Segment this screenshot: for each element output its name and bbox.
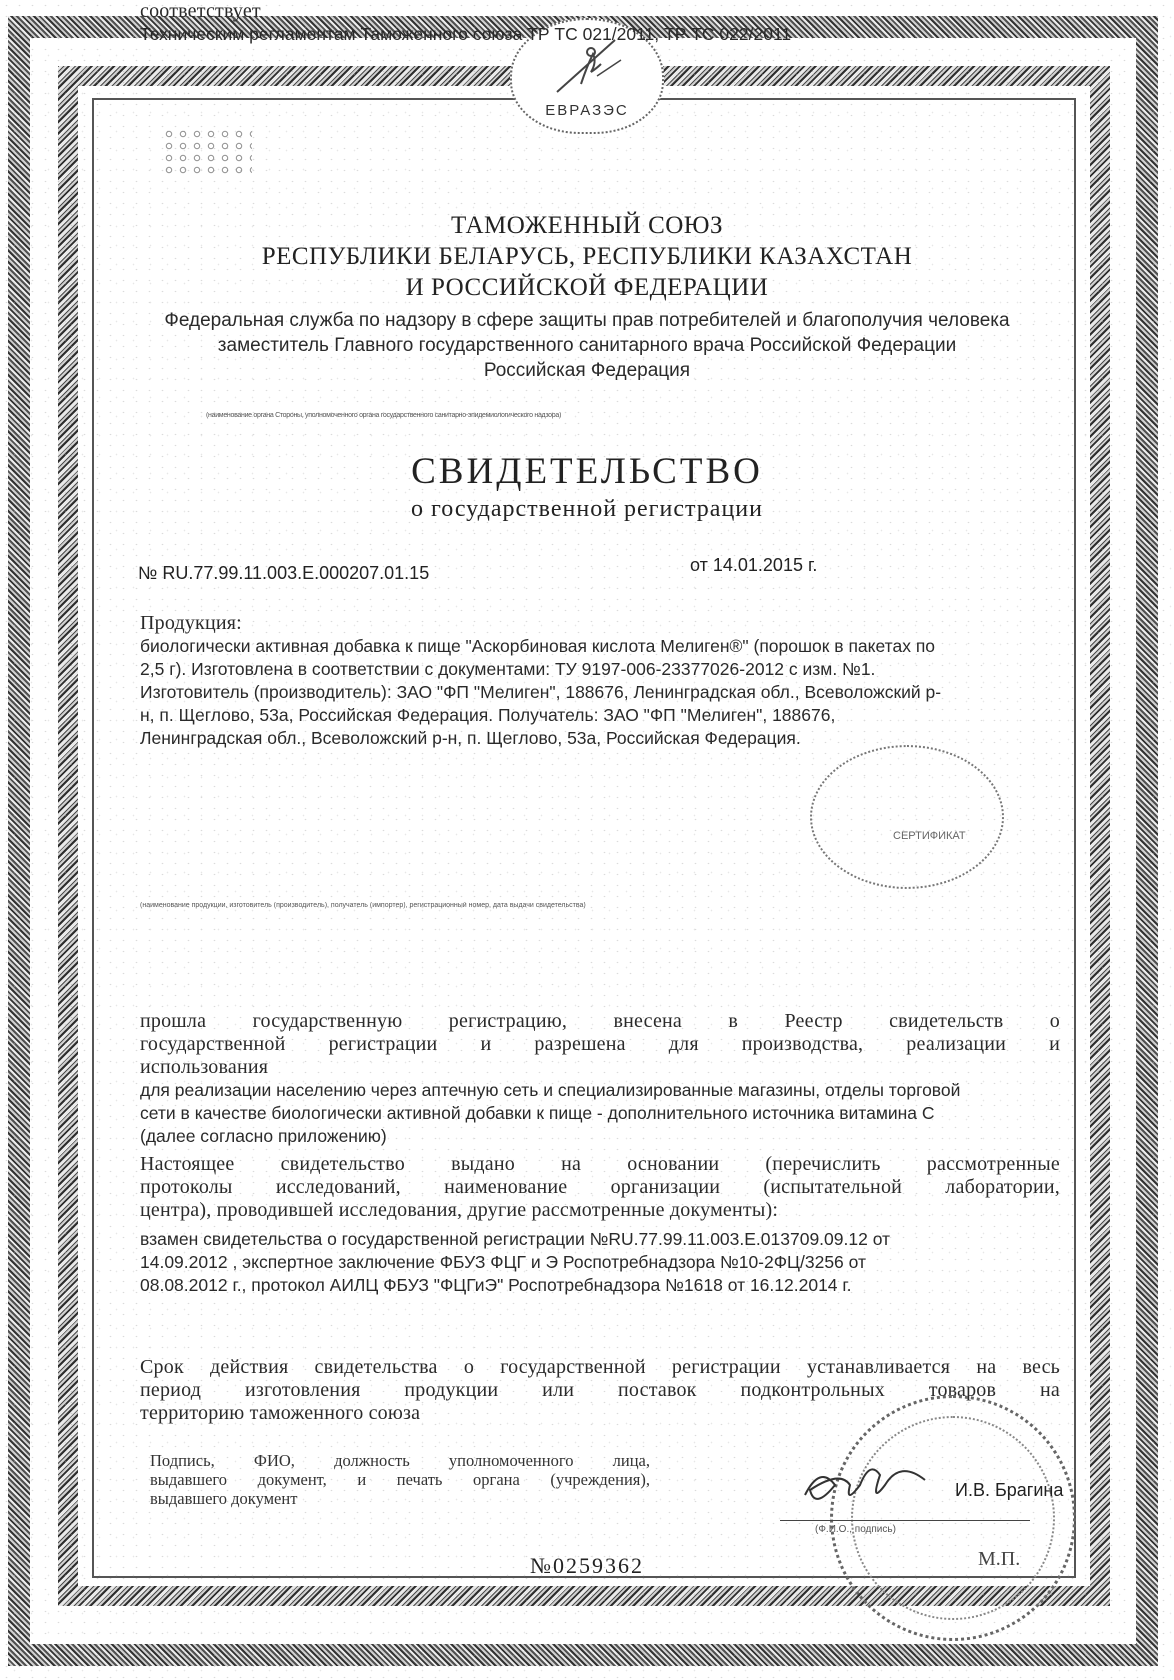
signature-caption: Подпись, ФИО, должность уполномоченного … [150,1451,650,1508]
basis-serif-line: протоколы исследований, наименование орг… [140,1176,1060,1199]
handwritten-signature-icon [800,1455,950,1515]
number-value: RU.77.99.11.003.Е.000207.01.15 [162,563,429,583]
agency-fine-print: (наименование органа Стороны, уполномоче… [206,412,966,419]
stamp-text: СЕРТИФИКАТ [893,830,966,842]
caption-line: выдавшего документ, и печать органа (учр… [150,1470,650,1489]
validity-line: Срок действия свидетельства о государств… [140,1356,1060,1379]
form-serial-number: №0259362 [0,1553,1174,1579]
product-line: н, п. Щеглово, 53а, Российская Федерация… [140,704,1060,727]
basis-line: 08.08.2012 г., протокол АИЛЦ ФБУЗ "ФЦГиЭ… [140,1274,1060,1297]
document-subtitle: о государственной регистрации [0,496,1174,523]
official-seal [830,1395,1076,1641]
basis-serif-line: центра), проводившей исследования, други… [140,1199,1060,1222]
product-line: 2,5 г). Изготовлена в соответствии с док… [140,658,1060,681]
agency-line: заместитель Главного государственного са… [0,333,1174,358]
heading-line: И РОССИЙСКОЙ ФЕДЕРАЦИИ [0,272,1174,303]
agency-line: Российская Федерация [0,358,1174,383]
emblem-label: ЕВРАЗЭС [512,102,662,119]
registration-serif-line: использования [140,1056,1060,1079]
customs-union-heading: ТАМОЖЕННЫЙ СОЮЗ РЕСПУБЛИКИ БЕЛАРУСЬ, РЕС… [0,210,1174,303]
caption-line: выдавшего документ [150,1489,650,1508]
product-heading: Продукция: [140,612,1060,635]
conformity-heading: соответствует [140,0,1060,23]
guilloche-dots [162,128,252,178]
conformity-text: Техническим регламентам Таможенного союз… [140,23,1060,46]
agency-line: Федеральная служба по надзору в сфере за… [0,308,1174,333]
signature-fio-label: (Ф.И.О., подпись) [815,1524,896,1535]
basis-line: взамен свидетельства о государственной р… [140,1228,1060,1251]
product-line: биологически активная добавка к пище "Ас… [140,635,1060,658]
conformity-section: соответствует Техническим регламентам Та… [140,0,1060,46]
registration-section: прошла государственную регистрацию, внес… [140,1010,1060,1148]
product-section: Продукция: биологически активная добавка… [140,612,1060,750]
signatory-name: И.В. Брагина [955,1480,1063,1501]
product-fine-print: (наименование продукции, изготовитель (п… [140,902,1060,909]
issuing-agency: Федеральная служба по надзору в сфере за… [0,308,1174,383]
registration-serif-line: государственной регистрации и разрешена … [140,1033,1060,1056]
basis-line: 14.09.2012 , экспертное заключение ФБУЗ … [140,1251,1060,1274]
date-label: от [690,555,708,575]
registration-serif-line: прошла государственную регистрацию, внес… [140,1010,1060,1033]
registration-date: от 14.01.2015 г. [690,555,817,576]
basis-serif-line: Настоящее свидетельство выдано на основа… [140,1153,1060,1176]
signature-line [780,1520,1030,1521]
registration-line: для реализации населению через аптечную … [140,1079,1060,1102]
heading-line: РЕСПУБЛИКИ БЕЛАРУСЬ, РЕСПУБЛИКИ КАЗАХСТА… [0,241,1174,272]
certification-stamp [810,745,1004,889]
product-line: Изготовитель (производитель): ЗАО "ФП "М… [140,681,1060,704]
caption-line: Подпись, ФИО, должность уполномоченного … [150,1451,650,1470]
date-value: 14.01.2015 г. [713,555,817,575]
registration-number: № RU.77.99.11.003.Е.000207.01.15 [138,563,429,584]
registration-line: (далее согласно приложению) [140,1125,1060,1148]
number-label: № [138,563,157,583]
basis-section: Настоящее свидетельство выдано на основа… [140,1153,1060,1297]
heading-line: ТАМОЖЕННЫЙ СОЮЗ [0,210,1174,241]
document-title: СВИДЕТЕЛЬСТВО [0,450,1174,493]
registration-line: сети в качестве биологически активной до… [140,1102,1060,1125]
